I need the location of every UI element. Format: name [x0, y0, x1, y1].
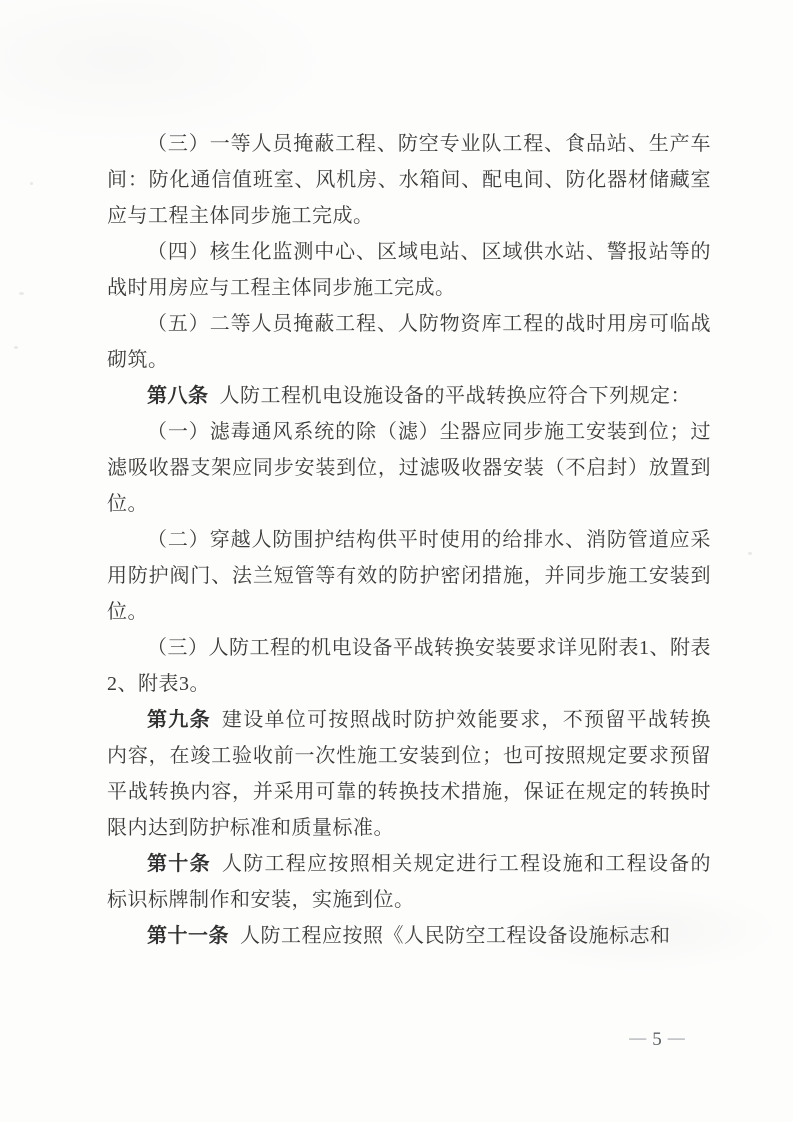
article-9: 第九条建设单位可按照战时防护效能要求，不预留平战转换内容，在竣工验收前一次性施工…: [107, 702, 711, 846]
paragraph-text: （二）穿越人防围护结构供平时使用的给排水、消防管道应采用防护阀门、法兰短管等有效…: [107, 529, 711, 623]
paragraph-item-5: （五）二等人员掩蔽工程、人防物资库工程的战时用房可临战砌筑。: [107, 306, 711, 378]
article-8-item-2: （二）穿越人防围护结构供平时使用的给排水、消防管道应采用防护阀门、法兰短管等有效…: [107, 522, 711, 630]
article-heading: 第九条: [147, 709, 211, 731]
article-10: 第十条人防工程应按照相关规定进行工程设施和工程设备的标识标牌制作和安装，实施到位…: [107, 846, 711, 918]
scan-artifact: [748, 552, 752, 555]
paragraph-text: （三）一等人员掩蔽工程、防空专业队工程、食品站、生产车间：防化通信值班室、风机房…: [107, 133, 711, 227]
article-heading: 第八条: [147, 385, 209, 407]
paragraph-text: （三）人防工程的机电设备平战转换安装要求详见附表1、附表2、附表3。: [107, 637, 711, 695]
paragraph-text: 人防工程机电设施设备的平战转换应符合下列规定：: [220, 385, 692, 407]
paragraph-text: 人防工程应按照《人民防空工程设备设施标志和: [240, 925, 671, 947]
page-number-dash-left: —: [625, 1028, 652, 1047]
paragraph-text: （五）二等人员掩蔽工程、人防物资库工程的战时用房可临战砌筑。: [107, 313, 711, 371]
scan-artifact: [19, 292, 24, 295]
paragraph-text: （四）核生化监测中心、区域电站、区域供水站、警报站等的战时用房应与工程主体同步施…: [107, 241, 711, 299]
article-11: 第十一条人防工程应按照《人民防空工程设备设施标志和: [107, 918, 711, 954]
paragraph-item-4: （四）核生化监测中心、区域电站、区域供水站、警报站等的战时用房应与工程主体同步施…: [107, 234, 711, 306]
article-8-item-1: （一）滤毒通风系统的除（滤）尘器应同步施工安装到位；过滤吸收器支架应同步安装到位…: [107, 414, 711, 522]
article-8: 第八条人防工程机电设施设备的平战转换应符合下列规定：: [107, 378, 711, 414]
article-8-item-3: （三）人防工程的机电设备平战转换安装要求详见附表1、附表2、附表3。: [107, 630, 711, 702]
page-number-value: 5: [652, 1029, 664, 1050]
document-page: （三）一等人员掩蔽工程、防空专业队工程、食品站、生产车间：防化通信值班室、风机房…: [0, 0, 793, 1122]
article-heading: 第十条: [147, 853, 211, 875]
page-number: —5—: [608, 1028, 708, 1052]
paragraph-text: （一）滤毒通风系统的除（滤）尘器应同步施工安装到位；过滤吸收器支架应同步安装到位…: [107, 421, 711, 515]
page-number-dash-right: —: [664, 1028, 691, 1047]
paragraph-item-3: （三）一等人员掩蔽工程、防空专业队工程、食品站、生产车间：防化通信值班室、风机房…: [107, 126, 711, 234]
article-heading: 第十一条: [147, 925, 229, 947]
document-body: （三）一等人员掩蔽工程、防空专业队工程、食品站、生产车间：防化通信值班室、风机房…: [107, 126, 711, 954]
scan-artifact: [30, 182, 33, 185]
scan-artifact: [14, 346, 18, 349]
